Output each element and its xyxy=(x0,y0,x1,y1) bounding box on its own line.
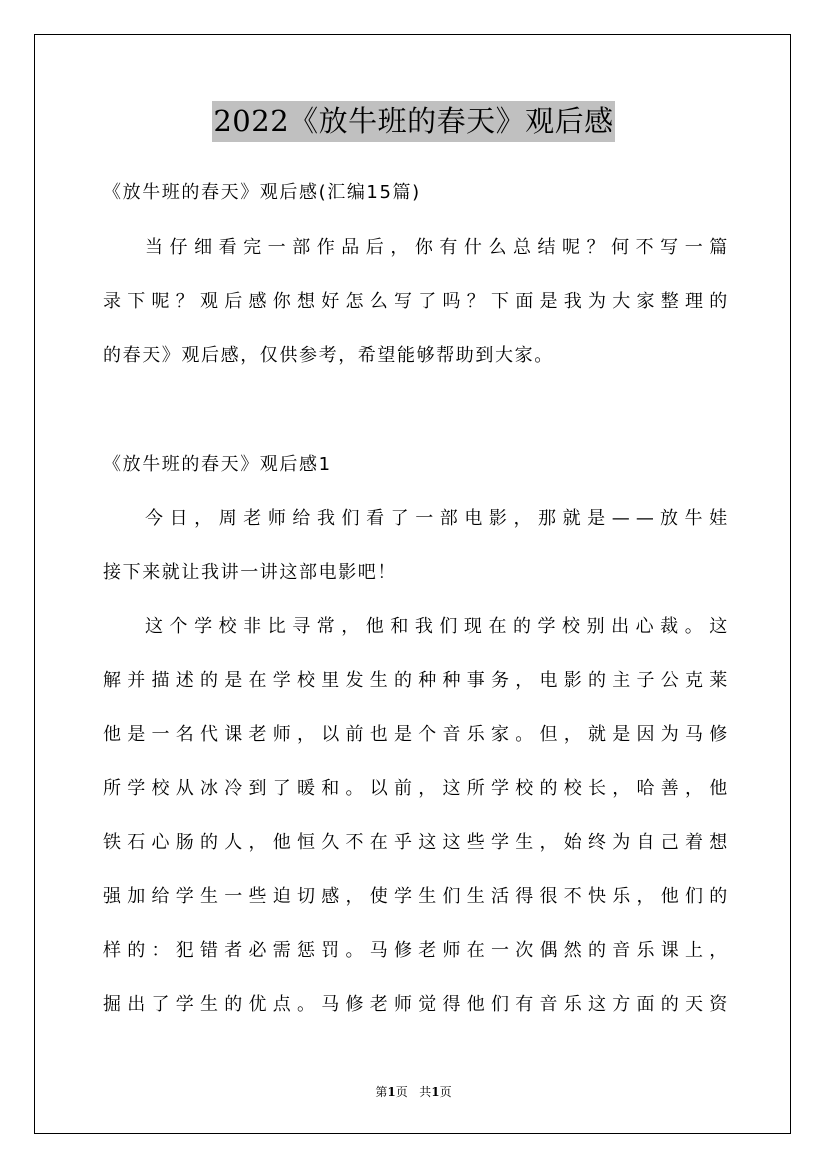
section-heading: 《放牛班的春天》观后感1 xyxy=(103,453,727,477)
intro-line: 当​ 仔​ 细​ 看​ 完​ 一​ 部​ 作​ 品​ 后​ ，​ 你​ 有​ 什… xyxy=(145,236,727,260)
document-title: 2022《放牛班的春天》观后感 xyxy=(212,101,614,142)
paragraph-line: 铁​ 石​ 心​ 肠​ 的​ 人​ ，​ 他​ 恒​ 久​ 不​ 在​ 乎​ 这… xyxy=(103,831,727,855)
page-prefix: 第 xyxy=(375,1085,387,1099)
title-container: 2022《放牛班的春天》观后感 xyxy=(0,101,827,142)
paragraph-line: 解​ 并​ 描​ 述​ 的​ 是​ 在​ 学​ 校​ 里​ 发​ 生​ 的​ 种… xyxy=(103,669,727,693)
paragraph-line: 所​ 学​ 校​ 从​ 冰​ 冷​ 到​ 了​ 暖​ 和​ 。​ 以​ 前​ ，… xyxy=(103,777,727,801)
paragraph-line: 这​ 个​ 学​ 校​ 非​ 比​ 寻​ 常​ ，​ 他​ 和​ 我​ 们​ 现… xyxy=(145,615,727,639)
paragraph-line: 强​ 加​ 给​ 学​ 生​ 一​ 些​ 迫​ 切​ 感​ ，​ 使​ 学​ 生… xyxy=(103,885,727,909)
paragraph-line: 他​ 是​ 一​ 名​ 代​ 课​ 老​ 师​ ，​ 以​ 前​ 也​ 是​ 个… xyxy=(103,723,727,747)
document-subtitle: 《放牛班的春天》观后感(汇编15篇) xyxy=(103,181,727,205)
total-page-number: 1 xyxy=(431,1085,439,1099)
page-suffix: 页 xyxy=(396,1085,408,1099)
total-suffix: 页 xyxy=(440,1085,452,1099)
total-prefix: 共 xyxy=(419,1085,431,1099)
paragraph-line: 今​ 日​ ，​ 周​ 老​ 师​ 给​ 我​ 们​ 看​ 了​ 一​ 部​ 电… xyxy=(145,507,727,531)
paragraph-line: 接下来就让我讲一讲这部电影吧！ xyxy=(103,561,727,585)
intro-line: 录​ 下​ 呢​ ？​ 观​ 后​ 感​ 你​ 想​ 好​ 怎​ 么​ 写​ 了… xyxy=(103,290,727,314)
paragraph-line: 样​ 的​ ：​ 犯​ 错​ 者​ 必​ 需​ 惩​ 罚​ 。​ 马​ 修​ 老… xyxy=(103,939,727,963)
page-footer: 第1页 共1页 xyxy=(0,1083,827,1100)
intro-line: 的春天》观后感，仅供参考，希望能够帮助到大家。 xyxy=(103,344,727,368)
current-page-number: 1 xyxy=(387,1085,395,1099)
paragraph-line: 掘​ 出​ 了​ 学​ 生​ 的​ 优​ 点​ 。​ 马​ 修​ 老​ 师​ 觉… xyxy=(103,993,727,1017)
